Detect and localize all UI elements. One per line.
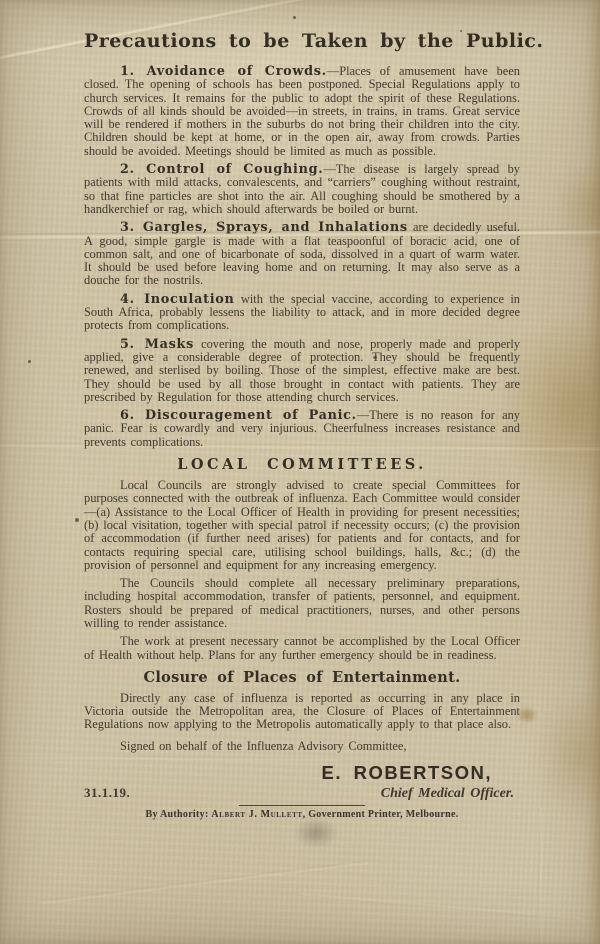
precaution-paragraph-3: 3. Gargles, Sprays, and Inhalations are … <box>84 221 520 287</box>
fold-crease <box>41 860 369 904</box>
signature-date-role-row: 31.1.19. Chief Medical Officer. <box>84 785 520 802</box>
local-committees-paragraph-2: The Councils should complete all necessa… <box>84 577 520 630</box>
precaution-paragraph-2: 2. Control of Coughing.—The disease is l… <box>84 163 520 216</box>
ink-blot <box>294 818 338 848</box>
imprint-suffix: , Government Printer, Melbourne. <box>303 809 459 820</box>
closure-paragraph: Directly any case of influenza is report… <box>84 692 520 732</box>
fold-crease <box>538 808 542 944</box>
signature-name-row: E. ROBERTSON, <box>84 762 520 784</box>
precaution-paragraph-5: 5. Masks covering the mouth and nose, pr… <box>84 338 520 404</box>
signed-on-behalf-line: Signed on behalf of the Influenza Adviso… <box>84 740 520 753</box>
signatory-role: Chief Medical Officer. <box>381 786 520 802</box>
local-committees-heading: LOCAL COMMITTEES. <box>84 456 520 473</box>
precaution-paragraph-1: 1. Avoidance of Crowds.—Places of amusem… <box>84 65 520 158</box>
aged-paper-document: Precautions to be Taken by the Public. 1… <box>0 0 600 944</box>
printer-name: Albert J. Mullett <box>211 809 302 820</box>
precaution-text-1: —Places of amusement have been closed. T… <box>84 64 520 158</box>
imprint-divider <box>239 805 365 806</box>
document-content: Precautions to be Taken by the Public. 1… <box>0 0 600 820</box>
precaution-paragraph-6: 6. Discouragement of Panic.—There is no … <box>84 409 520 449</box>
closure-heading: Closure of Places of Entertainment. <box>84 669 520 686</box>
fold-crease <box>300 893 579 921</box>
local-committees-paragraph-1: Local Councils are strongly advised to c… <box>84 479 520 572</box>
imprint-prefix: By Authority: <box>146 809 212 820</box>
signatory-name: E. ROBERTSON, <box>322 762 492 783</box>
local-committees-paragraph-3: The work at present necessary cannot be … <box>84 635 520 662</box>
document-date: 31.1.19. <box>84 785 130 801</box>
precaution-paragraph-4: 4. Inoculation with the special vaccine,… <box>84 293 520 333</box>
printer-imprint: By Authority: Albert J. Mullett, Governm… <box>84 809 520 820</box>
page-title: Precautions to be Taken by the Public. <box>84 30 520 52</box>
